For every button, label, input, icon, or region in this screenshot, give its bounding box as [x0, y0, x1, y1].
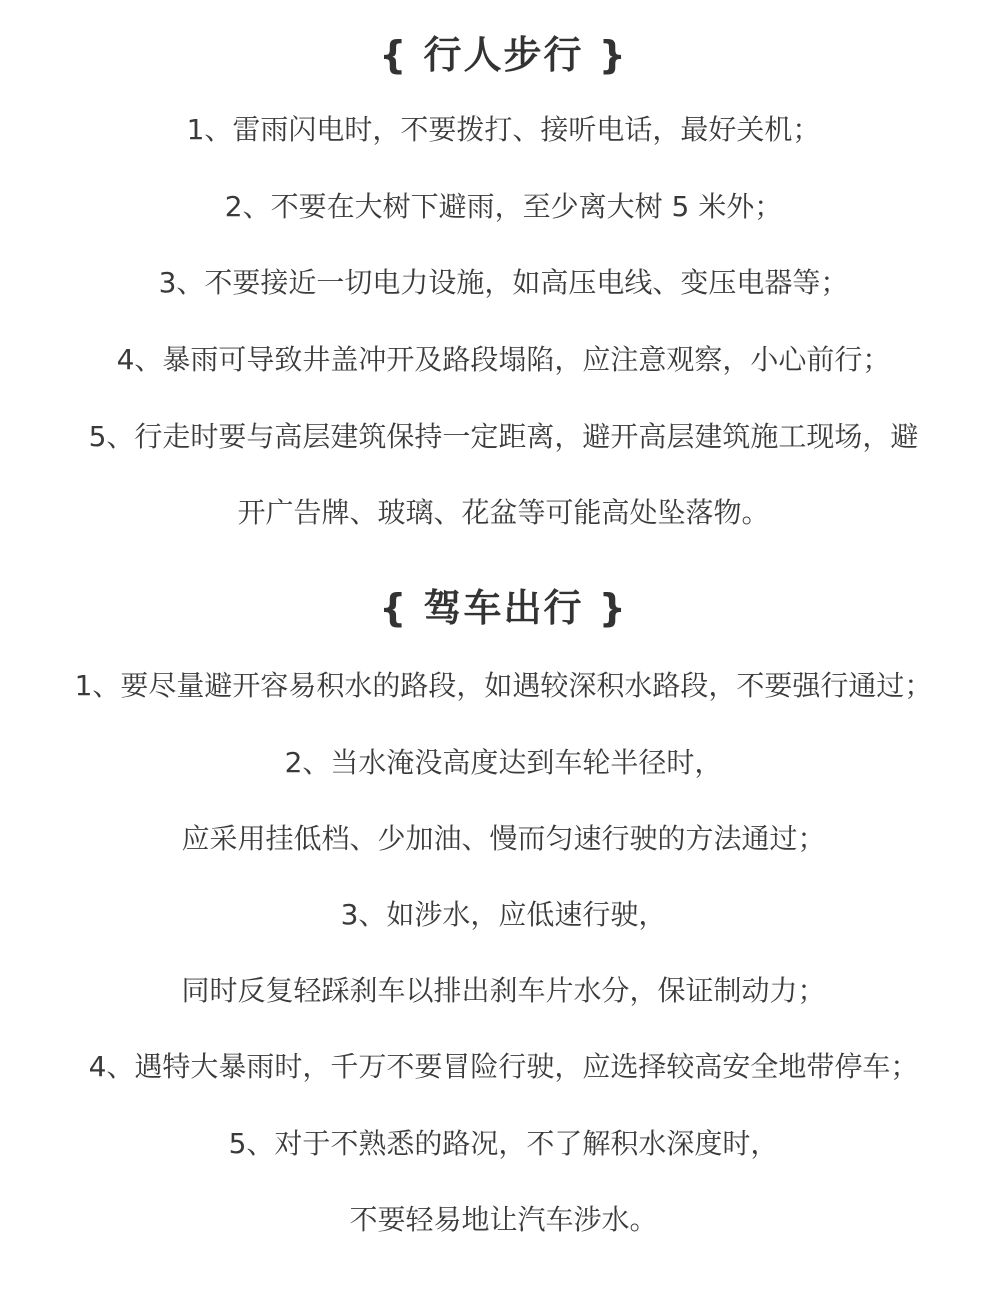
driving-tip-5-cont: 不要轻易地让汽车涉水。 — [0, 1200, 1007, 1240]
pedestrian-tip-5-cont: 开广告牌、玻璃、花盆等可能高处坠落物。 — [0, 493, 1007, 533]
driving-tip-1: 1、要尽量避开容易积水的路段，如遇较深积水路段，不要强行通过； — [0, 666, 1007, 706]
driving-tip-2: 2、当水淹没高度达到车轮半径时， — [0, 743, 1007, 783]
document-page: { 行人步行 } 1、雷雨闪电时，不要拨打、接听电话，最好关机； 2、不要在大树… — [0, 0, 1007, 1299]
section-title-pedestrian: { 行人步行 } — [0, 30, 1007, 80]
driving-tip-4: 4、遇特大暴雨时，千万不要冒险行驶，应选择较高安全地带停车； — [0, 1047, 1007, 1087]
driving-tip-5: 5、对于不熟悉的路况，不了解积水深度时， — [0, 1124, 1007, 1164]
pedestrian-tip-5: 5、行走时要与高层建筑保持一定距离，避开高层建筑施工现场，避 — [0, 417, 1007, 457]
driving-tip-3: 3、如涉水，应低速行驶， — [0, 895, 1007, 935]
pedestrian-tip-2: 2、不要在大树下避雨，至少离大树 5 米外； — [0, 187, 1007, 227]
driving-tip-2-cont: 应采用挂低档、少加油、慢而匀速行驶的方法通过； — [0, 819, 1007, 859]
pedestrian-tip-3: 3、不要接近一切电力设施，如高压电线、变压电器等； — [0, 263, 1007, 303]
driving-tip-3-cont: 同时反复轻踩刹车以排出刹车片水分，保证制动力； — [0, 971, 1007, 1011]
section-title-driving: { 驾车出行 } — [0, 583, 1007, 633]
pedestrian-tip-1: 1、雷雨闪电时，不要拨打、接听电话，最好关机； — [0, 110, 1007, 150]
pedestrian-tip-4: 4、暴雨可导致井盖冲开及路段塌陷，应注意观察，小心前行； — [0, 340, 1007, 380]
